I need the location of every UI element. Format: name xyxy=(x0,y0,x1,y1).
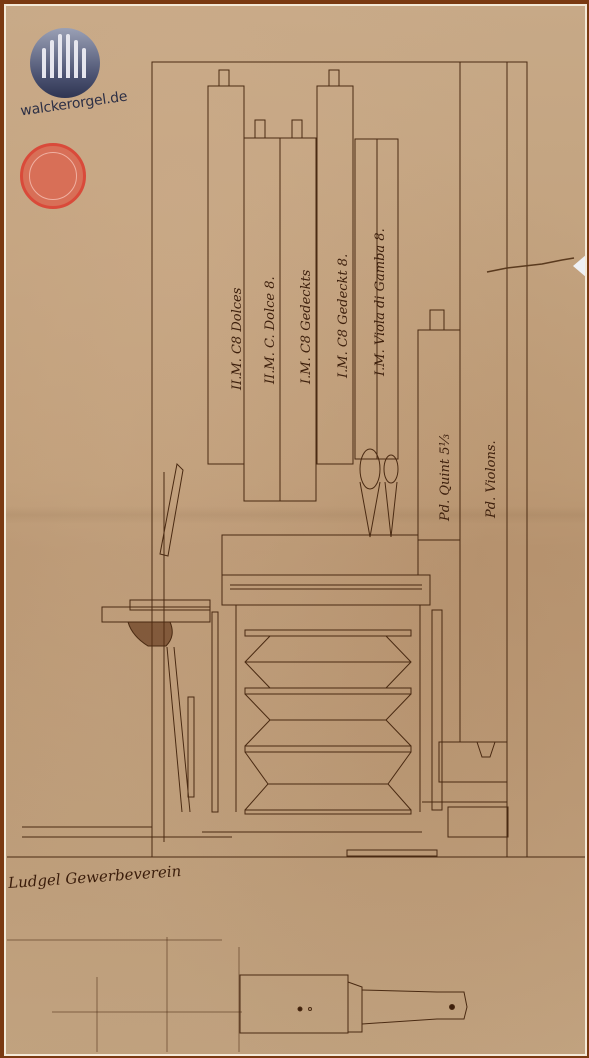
organ-section-drawing xyxy=(6,6,585,1054)
stop-label-i-gedeckt-b: I.M. C8 Gedeckt 8. xyxy=(336,254,351,378)
stop-label-ped-violon: Pd. Violons. xyxy=(484,440,499,518)
stop-label-i-gedeckt-a: I.M. C8 Gedeckts xyxy=(299,270,314,384)
document-frame: walckerorgel.de xyxy=(4,4,587,1056)
stop-label-ped-quint: Pd. Quint 5⅓ xyxy=(438,434,453,521)
stop-label-ii-dolce-b: II.M. C. Dolce 8. xyxy=(263,276,278,384)
paper-tear xyxy=(573,254,587,278)
stop-label-i-viola: I.M. Viola di Gamba 8. xyxy=(373,228,388,376)
stop-label-ii-dolce-a: II.M. C8 Dolces xyxy=(230,288,245,390)
